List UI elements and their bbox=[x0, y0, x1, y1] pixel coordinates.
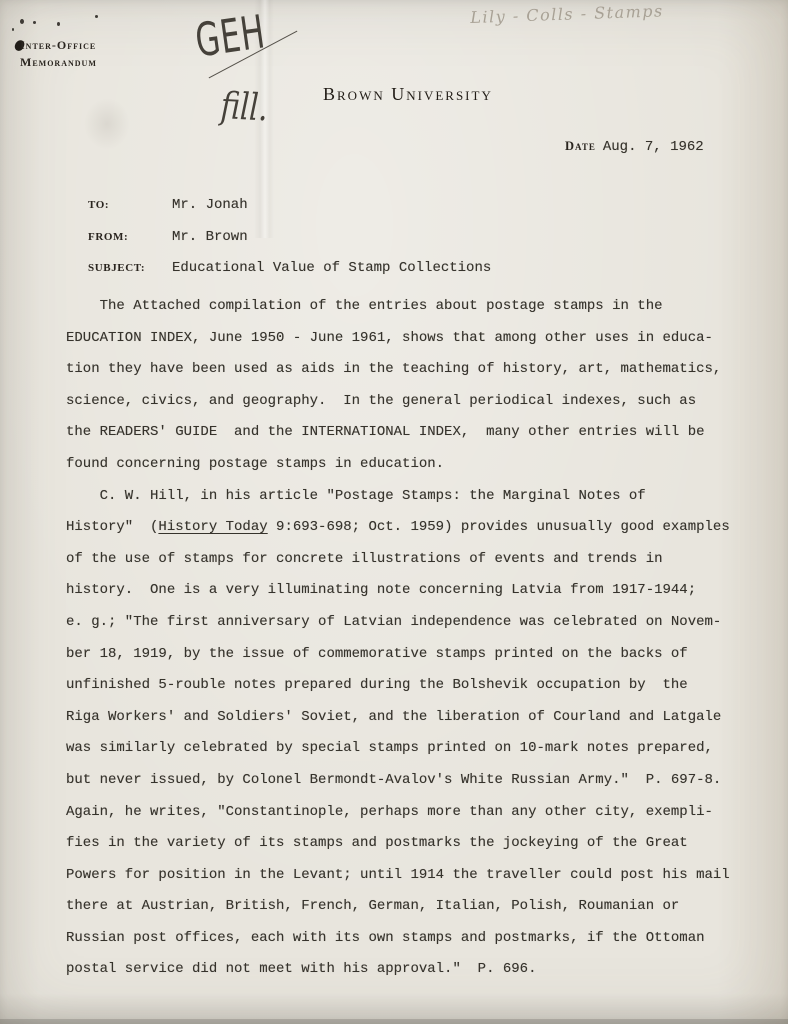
body-line: History" (History Today 9:693-698; Oct. … bbox=[66, 512, 756, 544]
body-line: The Attached compilation of the entries … bbox=[66, 291, 756, 323]
body-line: C. W. Hill, in his article "Postage Stam… bbox=[66, 481, 756, 513]
body-line: science, civics, and geography. In the g… bbox=[66, 386, 756, 418]
subject-row: SUBJECT: Educational Value of Stamp Coll… bbox=[88, 260, 491, 276]
body-line: postal service did not meet with his app… bbox=[66, 954, 756, 986]
body-line: ber 18, 1919, by the issue of commemorat… bbox=[66, 639, 756, 671]
body-line: EDUCATION INDEX, June 1950 - June 1961, … bbox=[66, 323, 756, 355]
paper-smudge bbox=[84, 98, 130, 150]
body-line: unfinished 5-rouble notes prepared durin… bbox=[66, 670, 756, 702]
subject-label: SUBJECT: bbox=[88, 262, 172, 274]
ink-speck bbox=[12, 28, 14, 31]
pencil-annotation: Lily - Colls - Stamps bbox=[470, 1, 664, 27]
body-line: the READERS' GUIDE and the INTERNATIONAL… bbox=[66, 417, 756, 449]
from-label: FROM: bbox=[88, 231, 172, 243]
body-line: found concerning postage stamps in educa… bbox=[66, 449, 756, 481]
institution-title: Brown University bbox=[323, 84, 493, 105]
subject-value: Educational Value of Stamp Collections bbox=[172, 260, 491, 276]
body-line: Again, he writes, "Constantinople, perha… bbox=[66, 797, 756, 829]
page-bottom-edge bbox=[0, 1019, 788, 1024]
body-line: of the use of stamps for concrete illust… bbox=[66, 544, 756, 576]
from-value: Mr. Brown bbox=[172, 229, 248, 245]
date-label: Date bbox=[565, 139, 596, 154]
body-line: Riga Workers' and Soldiers' Soviet, and … bbox=[66, 702, 756, 734]
interoffice-line: Inter-Office bbox=[20, 37, 97, 54]
ink-speck bbox=[33, 21, 36, 24]
date-value: Aug. 7, 1962 bbox=[603, 139, 704, 155]
to-label: TO: bbox=[88, 199, 172, 211]
date-row: Date Aug. 7, 1962 bbox=[565, 139, 704, 155]
body-line: history. One is a very illuminating note… bbox=[66, 575, 756, 607]
ink-speck bbox=[95, 15, 98, 18]
ink-speck bbox=[57, 22, 60, 26]
to-value: Mr. Jonah bbox=[172, 197, 248, 213]
body-line: but never issued, by Colonel Bermondt-Av… bbox=[66, 765, 756, 797]
body-line: fies in the variety of its stamps and po… bbox=[66, 828, 756, 860]
memo-document-page: Inter-Office Memorandum Brown University… bbox=[0, 0, 788, 1024]
memo-body: The Attached compilation of the entries … bbox=[66, 291, 756, 986]
body-line: Russian post offices, each with its own … bbox=[66, 923, 756, 955]
memorandum-line: Memorandum bbox=[20, 54, 97, 71]
handwritten-initials: GEH bbox=[192, 4, 268, 67]
interoffice-memorandum-label: Inter-Office Memorandum bbox=[20, 37, 97, 71]
body-line: tion they have been used as aids in the … bbox=[66, 354, 756, 386]
body-line: there at Austrian, British, French, Germ… bbox=[66, 891, 756, 923]
body-line: Powers for position in the Levant; until… bbox=[66, 860, 756, 892]
handwritten-note: fill. bbox=[220, 84, 269, 129]
to-row: TO: Mr. Jonah bbox=[88, 197, 248, 213]
body-line: e. g.; "The first anniversary of Latvian… bbox=[66, 607, 756, 639]
ink-speck bbox=[20, 19, 24, 24]
from-row: FROM: Mr. Brown bbox=[88, 229, 248, 245]
body-line: was similarly celebrated by special stam… bbox=[66, 733, 756, 765]
